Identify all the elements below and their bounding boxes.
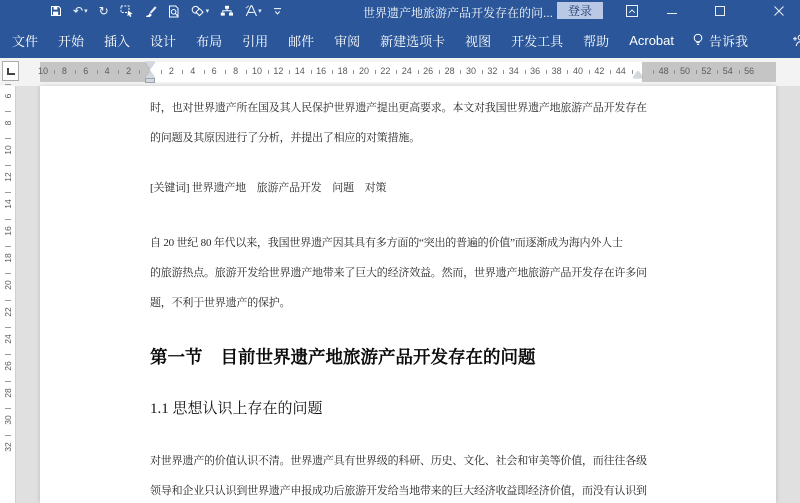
ruler-number: 22 — [375, 66, 395, 76]
ruler-number: 36 — [525, 66, 545, 76]
ruler-number: 30 — [461, 66, 481, 76]
ruler-number: 12 — [268, 66, 288, 76]
quick-access-toolbar: ↶▾ ↻ ▾ ▾ — [0, 2, 284, 20]
ruler-tick — [653, 70, 654, 74]
ruler-tick — [311, 70, 312, 74]
ruler-tick — [182, 70, 183, 74]
ribbon-display-options-icon[interactable] — [615, 0, 649, 22]
ribbon-tab-7[interactable]: 审阅 — [324, 22, 370, 59]
redo-icon[interactable]: ↻ — [97, 2, 111, 20]
horizontal-ruler[interactable]: 1086422468101214161820222426283032343638… — [40, 62, 776, 82]
ruler-number: 44 — [611, 66, 631, 76]
select-objects-icon[interactable] — [118, 2, 136, 20]
ribbon-tab-12[interactable]: Acrobat — [619, 24, 684, 57]
ruler-tick — [5, 354, 11, 355]
ruler-number: 32 — [482, 66, 502, 76]
ruler-tick — [5, 138, 11, 139]
ruler-tick — [439, 70, 440, 74]
more-commands-icon[interactable] — [271, 2, 284, 20]
body-line[interactable]: 时，也对世界遗产所在国及其人民保护世界遗产提出更高要求。本文对我国世界遗产地旅游… — [150, 100, 650, 116]
ruler-number: 52 — [696, 66, 716, 76]
minimize-icon[interactable] — [655, 0, 689, 22]
ruler-tick — [353, 70, 354, 74]
ruler-number: 20 — [354, 66, 374, 76]
lightbulb-icon — [692, 33, 704, 47]
ruler-tick — [5, 273, 11, 274]
ruler-number: 48 — [654, 66, 674, 76]
ruler-tick — [332, 70, 333, 74]
sign-in-button[interactable]: 登录 — [557, 2, 603, 19]
ruler-number: 28 — [3, 385, 13, 401]
ruler-tick — [632, 70, 633, 74]
ruler-tick — [589, 70, 590, 74]
hanging-indent-marker[interactable] — [145, 71, 155, 78]
person-icon — [792, 34, 800, 47]
ruler-number: 6 — [204, 66, 224, 76]
ruler-tick — [5, 84, 11, 85]
ruler-number: 8 — [54, 66, 74, 76]
word-window: ↶▾ ↻ ▾ ▾ — [0, 0, 800, 503]
ruler-number: 6 — [3, 88, 13, 104]
print-preview-icon[interactable] — [166, 2, 182, 20]
keywords-line[interactable]: [关键词] 世界遗产地 旅游产品开发 问题 对策 — [150, 180, 650, 196]
ruler-tick — [54, 70, 55, 74]
section-heading[interactable]: 第一节目前世界遗产地旅游产品开发存在的问题 — [150, 344, 536, 369]
ruler-tick — [97, 70, 98, 74]
save-icon[interactable] — [48, 2, 64, 20]
ruler-tick — [717, 70, 718, 74]
ruler-tick — [696, 70, 697, 74]
ruler-number: 8 — [3, 115, 13, 131]
ruler-tick — [567, 70, 568, 74]
ruler-tick — [5, 192, 11, 193]
maximize-icon[interactable] — [703, 0, 737, 22]
ruler-number: 28 — [440, 66, 460, 76]
ruler-number: 42 — [589, 66, 609, 76]
ruler-tick — [525, 70, 526, 74]
ribbon-tab-6[interactable]: 邮件 — [278, 22, 324, 59]
body-line[interactable]: 题，不利于世界遗产的保护。 — [150, 295, 650, 311]
ruler-tick — [5, 327, 11, 328]
body-line[interactable]: 的旅游热点。旅游开发给世界遗产地带来了巨大的经济效益。然而，世界遗产地旅游产品开… — [150, 265, 650, 281]
ruler-tick — [5, 381, 11, 382]
ruler-number: 6 — [76, 66, 96, 76]
ruler-number: 10 — [33, 66, 53, 76]
ruler-tick — [375, 70, 376, 74]
ruler-number: 10 — [247, 66, 267, 76]
ruler-number: 34 — [504, 66, 524, 76]
ruler-number: 38 — [547, 66, 567, 76]
right-indent-marker[interactable] — [633, 71, 643, 78]
close-icon[interactable] — [762, 0, 796, 22]
ruler-tick — [139, 70, 140, 74]
text-effects-icon[interactable]: ▾ — [243, 2, 264, 20]
ruler-tick — [482, 70, 483, 74]
ruler-number: 2 — [161, 66, 181, 76]
shapes-icon[interactable]: ▾ — [189, 2, 212, 20]
ruler-number: 20 — [3, 277, 13, 293]
ribbon-tab-5[interactable]: 引用 — [232, 22, 278, 59]
ruler-tick — [396, 70, 397, 74]
ribbon-tab-9[interactable]: 视图 — [455, 22, 501, 59]
window-title: 世界遗产地旅游产品开发存在的问... — [363, 4, 553, 21]
ribbon-tab-3[interactable]: 设计 — [140, 22, 186, 59]
body-line[interactable]: 的问题及其原因进行了分析，并提出了相应的对策措施。 — [150, 130, 650, 146]
ruler-number: 18 — [333, 66, 353, 76]
ruler-number: 50 — [675, 66, 695, 76]
left-indent-marker[interactable] — [145, 78, 155, 83]
ribbon-tab-bar: 文件开始插入设计布局引用邮件审阅新建选项卡视图开发工具帮助Acrobat 告诉我… — [0, 22, 800, 58]
tell-me-tab[interactable]: 告诉我 — [684, 22, 756, 59]
ruler-number: 14 — [290, 66, 310, 76]
ruler-number: 32 — [3, 439, 13, 455]
ruler-number: 16 — [311, 66, 331, 76]
ruler-tick — [118, 70, 119, 74]
ruler-number: 4 — [183, 66, 203, 76]
ribbon-tab-1[interactable]: 开始 — [48, 22, 94, 59]
document-area: 68101214161820222426283032 时，也对世界遗产所在国及其… — [0, 86, 800, 503]
ruler-tick — [418, 70, 419, 74]
title-bar: ↶▾ ↻ ▾ ▾ — [0, 0, 800, 22]
section-title: 目前世界遗产地旅游产品开发存在的问题 — [221, 347, 536, 367]
ruler-row: 1086422468101214161820222426283032343638… — [0, 58, 800, 86]
ruler-number: 10 — [3, 142, 13, 158]
ruler-tick — [289, 70, 290, 74]
vertical-ruler[interactable]: 68101214161820222426283032 — [0, 86, 16, 503]
section-number: 第一节 — [150, 347, 203, 367]
body-line[interactable]: 对世界遗产的价值认识不清。世界遗产具有世界级的科研、历史、文化、社会和审美等价值… — [150, 453, 650, 469]
ruler-tick — [225, 70, 226, 74]
ruler-number: 26 — [3, 358, 13, 374]
first-line-indent-marker[interactable] — [145, 62, 155, 69]
left-tab-icon — [7, 68, 15, 75]
text-effects-dropdown-icon[interactable]: ▾ — [258, 7, 262, 15]
share-tab[interactable]: 共享 — [784, 22, 800, 59]
ruler-number: 4 — [97, 66, 117, 76]
ruler-number: 40 — [568, 66, 588, 76]
undo-dropdown-icon[interactable]: ▾ — [84, 7, 88, 15]
ruler-tick — [5, 246, 11, 247]
ruler-tick — [5, 435, 11, 436]
ruler-number: 16 — [3, 223, 13, 239]
ruler-tick — [246, 70, 247, 74]
ruler-number: 26 — [418, 66, 438, 76]
ruler-number: 30 — [3, 412, 13, 428]
tab-stop-selector[interactable] — [2, 61, 19, 81]
ruler-tick — [739, 70, 740, 74]
undo-icon[interactable]: ↶▾ — [71, 2, 90, 20]
ruler-tick — [5, 300, 11, 301]
ruler-number: 24 — [3, 331, 13, 347]
ruler-tick — [5, 165, 11, 166]
ruler-tick — [161, 70, 162, 74]
ruler-tick — [268, 70, 269, 74]
ruler-number: 2 — [119, 66, 139, 76]
ruler-tick — [460, 70, 461, 74]
ruler-tick — [75, 70, 76, 74]
body-line[interactable]: 领导和企业只认识到世界遗产申报成功后旅游开发给当地带来的巨大经济收益即经济价值，… — [150, 483, 650, 499]
ruler-number: 54 — [718, 66, 738, 76]
ruler-number: 8 — [226, 66, 246, 76]
smartart-icon[interactable] — [218, 2, 236, 20]
ruler-tick — [5, 111, 11, 112]
format-painter-icon[interactable] — [143, 2, 159, 20]
ribbon-tab-4[interactable]: 布局 — [186, 22, 232, 59]
ruler-number: 12 — [3, 169, 13, 185]
ruler-number: 14 — [3, 196, 13, 212]
ruler-tick — [546, 70, 547, 74]
ruler-number: 18 — [3, 250, 13, 266]
ruler-tick — [204, 70, 205, 74]
tell-me-label: 告诉我 — [709, 31, 748, 50]
ruler-tick — [5, 408, 11, 409]
body-line[interactable]: 自 20 世纪 80 年代以来，我国世界遗产因其具有多方面的“突出的普遍的价值”… — [150, 235, 650, 251]
ruler-tick — [674, 70, 675, 74]
shapes-dropdown-icon[interactable]: ▾ — [206, 7, 210, 15]
ruler-number: 24 — [397, 66, 417, 76]
ribbon-tab-10[interactable]: 开发工具 — [501, 22, 573, 59]
ruler-number: 22 — [3, 304, 13, 320]
ruler-tick — [503, 70, 504, 74]
ruler-tick — [610, 70, 611, 74]
ruler-tick — [5, 219, 11, 220]
subsection-heading[interactable]: 1.1 思想认识上存在的问题 — [150, 397, 323, 418]
ribbon-tab-8[interactable]: 新建选项卡 — [370, 22, 455, 59]
ribbon-tab-11[interactable]: 帮助 — [573, 22, 619, 59]
ribbon-tab-2[interactable]: 插入 — [94, 22, 140, 59]
ruler-number: 56 — [739, 66, 759, 76]
ribbon-tab-0[interactable]: 文件 — [2, 22, 48, 59]
